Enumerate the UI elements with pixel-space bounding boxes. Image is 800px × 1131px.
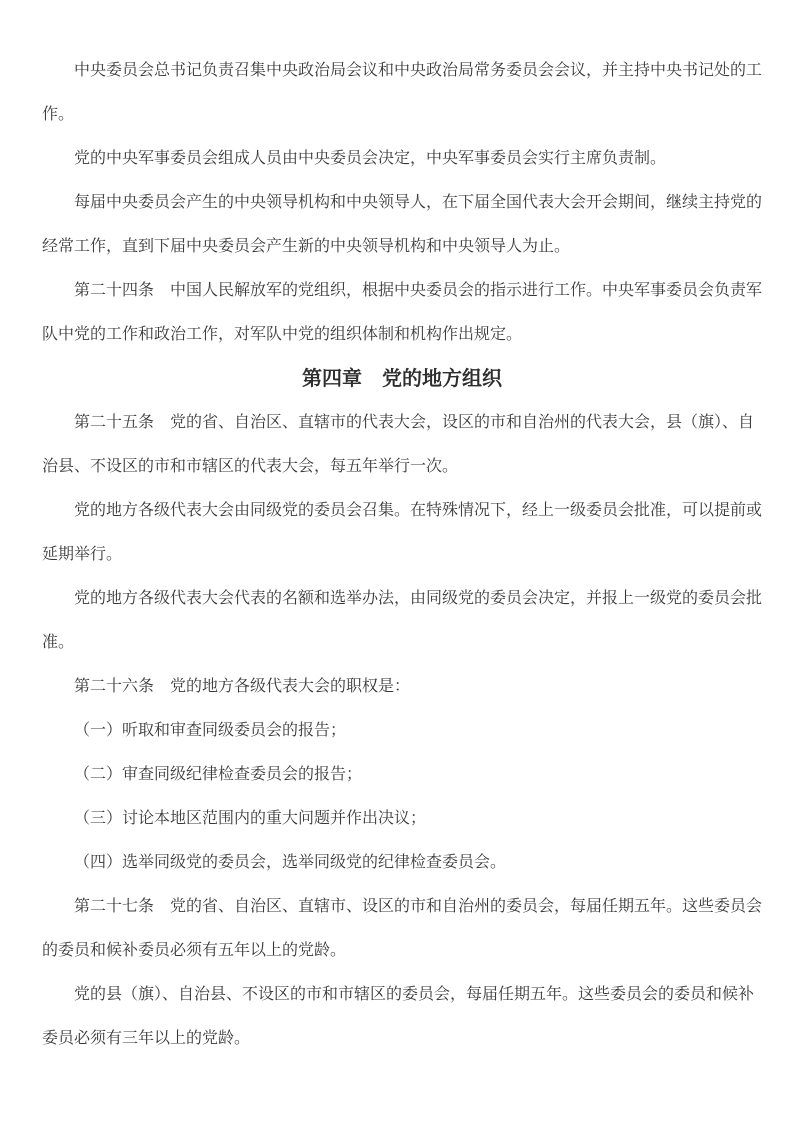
paragraph-article-27: 第二十七条 党的省、自治区、直辖市、设区的市和自治州的委员会，每届任期五年。这些… (42, 885, 762, 973)
chapter-4-heading: 第四章 党的地方组织 (42, 357, 762, 401)
list-item-4: （四）选举同级党的委员会，选举同级党的纪律检查委员会。 (42, 841, 762, 885)
paragraph-central-military-commission: 党的中央军事委员会组成人员由中央委员会决定，中央军事委员会实行主席负责制。 (42, 137, 762, 181)
paragraph-article-24: 第二十四条 中国人民解放军的党组织，根据中央委员会的指示进行工作。中央军事委员会… (42, 269, 762, 357)
document-page: 中央委员会总书记负责召集中央政治局会议和中央政治局常务委员会会议，并主持中央书记… (0, 0, 800, 1131)
paragraph-general-secretary-duties: 中央委员会总书记负责召集中央政治局会议和中央政治局常务委员会会议，并主持中央书记… (42, 49, 762, 137)
list-item-2: （二）审查同级纪律检查委员会的报告； (42, 753, 762, 797)
paragraph-county-committees: 党的县（旗）、自治县、不设区的市和市辖区的委员会，每届任期五年。这些委员会的委员… (42, 973, 762, 1061)
paragraph-central-leadership-transition: 每届中央委员会产生的中央领导机构和中央领导人，在下届全国代表大会开会期间，继续主… (42, 181, 762, 269)
list-item-1: （一）听取和审查同级委员会的报告； (42, 709, 762, 753)
paragraph-local-congress-convening: 党的地方各级代表大会由同级党的委员会召集。在特殊情况下，经上一级委员会批准，可以… (42, 489, 762, 577)
paragraph-delegate-quota-election: 党的地方各级代表大会代表的名额和选举办法，由同级党的委员会决定，并报上一级党的委… (42, 577, 762, 665)
paragraph-article-25: 第二十五条 党的省、自治区、直辖市的代表大会，设区的市和自治州的代表大会，县（旗… (42, 401, 762, 489)
list-item-3: （三）讨论本地区范围内的重大问题并作出决议； (42, 797, 762, 841)
paragraph-article-26: 第二十六条 党的地方各级代表大会的职权是： (42, 665, 762, 709)
